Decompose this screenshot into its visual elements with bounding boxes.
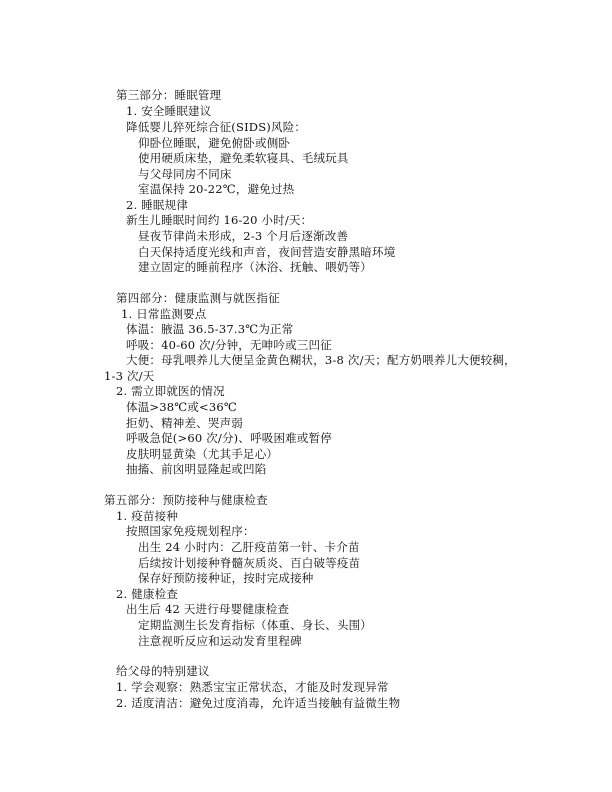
text-line: 体温>38℃或<36℃	[126, 400, 237, 414]
text-line: 呼吸：40-60 次/分钟，无呻吟或三凹征	[126, 338, 332, 352]
text-line: 建立固定的睡前程序（沐浴、抚触、喂奶等）	[138, 260, 372, 274]
text-line: 呼吸急促(>60 次/分)、呼吸困难或暂停	[126, 431, 332, 445]
text-line: 2. 需立即就医的情况	[116, 384, 225, 398]
text-line: 后续按计划接种脊髓灰质炎、百白破等疫苗	[138, 556, 360, 570]
text-line: 昼夜节律尚未形成，2-3 个月后逐渐改善	[138, 229, 348, 243]
text-line: 降低婴儿猝死综合征(SIDS)风险：	[126, 120, 306, 134]
text-line: 1. 学会观察：熟悉宝宝正常状态，才能及时发现异常	[116, 680, 389, 694]
text-line: 拒奶、精神差、哭声弱	[126, 416, 243, 430]
text-line: 2. 健康检查	[116, 587, 178, 601]
text-line: 保存好预防接种证，按时完成接种	[138, 571, 314, 585]
text-line: 定期监测生长发育指标（体重、身长、头围）	[138, 618, 372, 632]
text-line: 体温：腋温 36.5-37.3℃为正常	[126, 322, 293, 336]
text-line: 注意视听反应和运动发育里程碑	[138, 634, 302, 648]
text-line: 室温保持 20-22℃，避免过热	[138, 182, 294, 196]
text-line: 第四部分：健康监测与就医指征	[116, 291, 280, 305]
text-line: 1. 安全睡眠建议	[126, 104, 211, 118]
text-line: 抽搐、前囟明显隆起或凹陷	[126, 462, 266, 476]
text-line: 2. 适度清洁：避免过度消毒，允许适当接触有益微生物	[116, 696, 400, 710]
text-line: 出生 24 小时内：乙肝疫苗第一针、卡介苗	[138, 540, 360, 554]
text-line: 白天保持适度光线和声音，夜间营造安静黑暗环境	[138, 245, 395, 259]
text-line: 皮肤明显黄染（尤其手足心）	[126, 447, 278, 461]
text-line: 仰卧位睡眠，避免俯卧或侧卧	[138, 136, 290, 150]
text-line: 1-3 次/天	[104, 369, 154, 383]
text-line: 1. 疫苗接种	[116, 509, 178, 523]
text-line: 大便：母乳喂养儿大便呈金黄色糊状，3-8 次/天；配方奶喂养儿大便较稠，	[126, 353, 516, 367]
text-line: 与父母同房不同床	[138, 167, 232, 181]
text-line: 使用硬质床垫，避免柔软寝具、毛绒玩具	[138, 151, 349, 165]
text-line: 第五部分：预防接种与健康检查	[104, 493, 268, 507]
text-line: 第三部分：睡眠管理	[116, 88, 221, 102]
text-line: 1. 日常监测要点	[121, 307, 206, 321]
text-line: 给父母的特别建议	[116, 664, 210, 678]
text-line: 出生后 42 天进行母婴健康检查	[126, 602, 289, 616]
text-line: 2. 睡眠规律	[126, 198, 188, 212]
text-line: 新生儿睡眠时间约 16-20 小时/天：	[126, 213, 312, 227]
text-line: 按照国家免疫规划程序：	[126, 524, 255, 538]
